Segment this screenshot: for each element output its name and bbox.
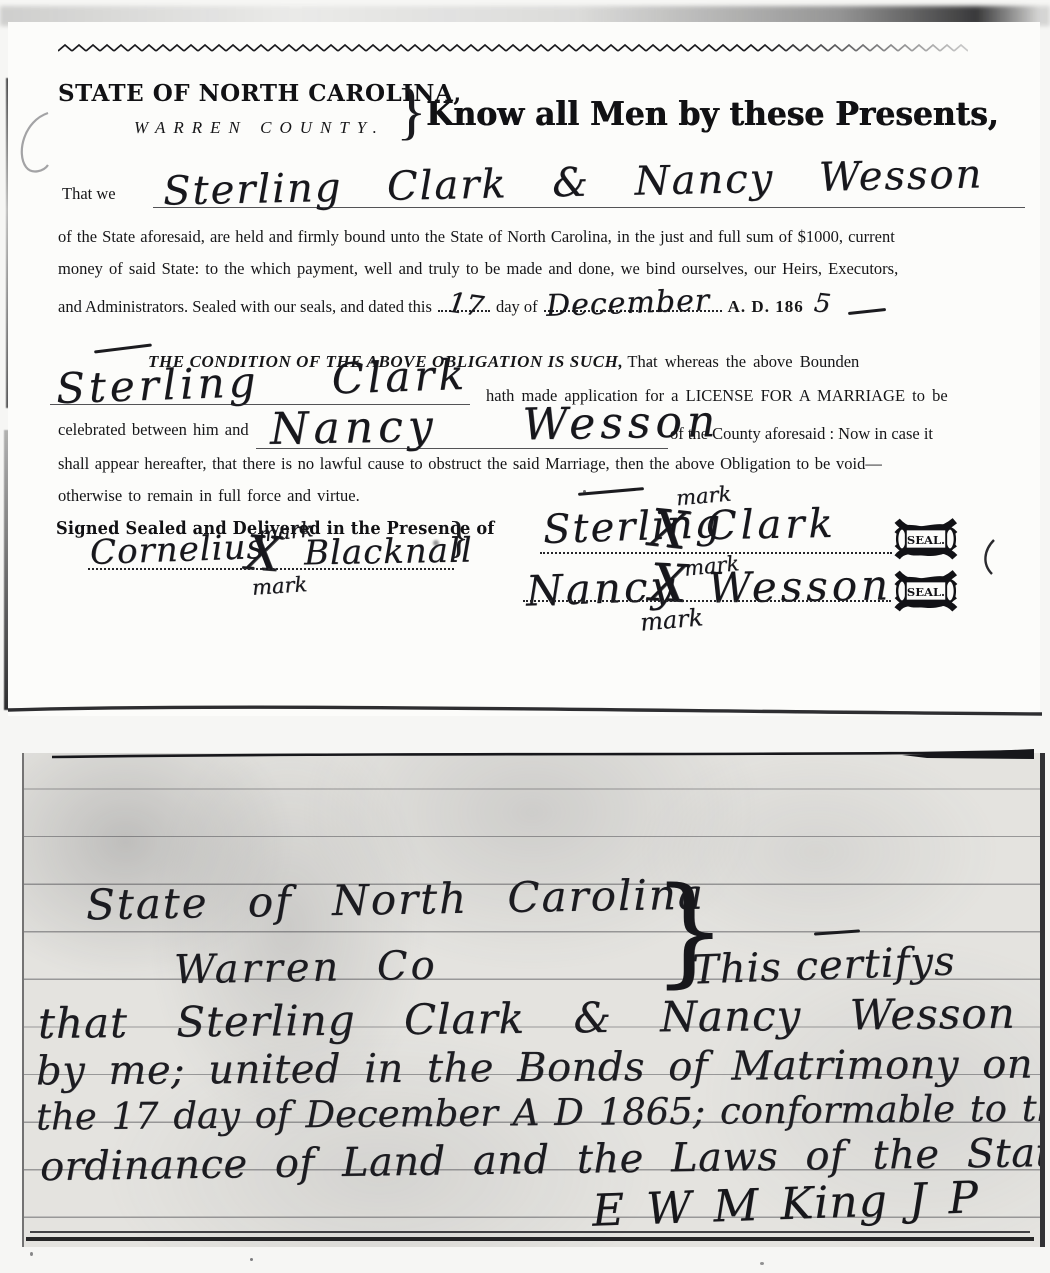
year-flourish bbox=[848, 308, 886, 314]
scanned-document-page: STATE OF NORTH CAROLINA, WARREN COUNTY. … bbox=[0, 0, 1050, 1273]
final-line: otherwise to remain in full force and vi… bbox=[58, 486, 360, 506]
ink-speck bbox=[583, 490, 586, 493]
day-handwritten: 17 bbox=[446, 286, 486, 324]
bond-body-line3: and Administrators. Sealed with our seal… bbox=[58, 289, 993, 319]
groom-sig-first: Sterling bbox=[542, 501, 723, 553]
witness-x-mark: X bbox=[244, 529, 281, 579]
month-blank: December bbox=[544, 310, 722, 312]
day-of-label: day of bbox=[496, 297, 538, 317]
bride-name-handwritten: Nancy Wesson bbox=[270, 396, 721, 455]
celebrated-suffix: of the County aforesaid : Now in case it bbox=[670, 424, 933, 444]
witness-first-name: Cornelius bbox=[89, 527, 265, 573]
seal-label: SEAL. bbox=[907, 585, 945, 599]
cert-body-line3: the 17 day of December A D 1865; conform… bbox=[36, 1086, 1045, 1138]
bride-mark-word-below: mark bbox=[639, 603, 704, 636]
day-blank: 17 bbox=[438, 310, 490, 312]
year-digit-handwritten: 5 bbox=[812, 288, 832, 320]
cert-certify: This certifys bbox=[691, 938, 956, 993]
cert-body-line2: by me; united in the Bonds of Matrimony … bbox=[36, 1042, 1033, 1095]
witness-mark-word-below: mark bbox=[251, 572, 308, 600]
groom-sig-last: Clark bbox=[706, 501, 837, 549]
seal-label: SEAL. bbox=[907, 533, 945, 547]
cert-top-edge bbox=[22, 746, 1038, 762]
stray-pen-mark bbox=[978, 538, 1000, 578]
header-brace: } bbox=[396, 74, 427, 148]
ink-speck bbox=[30, 1252, 33, 1256]
bride-dotted-line bbox=[523, 600, 891, 602]
cert-bottom-line-2 bbox=[26, 1237, 1034, 1241]
ink-speck bbox=[433, 540, 439, 546]
bride-sig-last: Wesson bbox=[708, 560, 893, 612]
year-printed: A. D. 186 bbox=[728, 297, 804, 317]
condition-lead-rest: That whereas the above Bounden bbox=[627, 352, 859, 371]
parties-underline bbox=[153, 207, 1025, 208]
ink-speck bbox=[648, 362, 651, 365]
month-handwritten: December bbox=[545, 283, 710, 324]
zigzag-fade bbox=[758, 38, 973, 58]
bond-bottom-edge bbox=[0, 698, 1050, 720]
county-heading: WARREN COUNTY. bbox=[134, 118, 385, 138]
pencil-squiggle bbox=[14, 107, 64, 187]
void-line: shall appear hereafter, that there is no… bbox=[58, 454, 882, 474]
groom-x-mark: X bbox=[647, 502, 689, 558]
certificate-paper: State of North Carolina } Warren Co This… bbox=[22, 753, 1045, 1247]
marriage-bond-paper: STATE OF NORTH CAROLINA, WARREN COUNTY. … bbox=[8, 22, 1040, 716]
dated-this-text: and Administrators. Sealed with our seal… bbox=[58, 297, 432, 317]
ink-speck bbox=[760, 1262, 764, 1265]
bond-body-line1: of the State aforesaid, are held and fir… bbox=[58, 227, 895, 247]
seal-stamp-bride: SEAL. bbox=[894, 566, 958, 616]
that-we-label: That we bbox=[62, 184, 116, 204]
cert-county-line: Warren Co bbox=[174, 943, 438, 994]
ink-speck bbox=[708, 522, 713, 527]
bride-x-mark: X bbox=[649, 557, 689, 611]
cert-bottom-line-1 bbox=[30, 1231, 1030, 1233]
bond-body-line2: money of said State: to the which paymen… bbox=[58, 259, 898, 279]
seal-stamp-groom: SEAL. bbox=[894, 514, 958, 564]
bride-name-underline bbox=[256, 448, 668, 449]
condition-flourish bbox=[94, 343, 152, 353]
witness-dotted-line bbox=[88, 568, 454, 570]
celebrated-prefix: celebrated between him and bbox=[58, 420, 249, 440]
parties-handwritten: Sterling Clark & Nancy Wesson bbox=[163, 151, 984, 214]
groom-sig-flourish bbox=[578, 487, 644, 496]
ink-speck bbox=[250, 1258, 253, 1261]
presents-heading: Know all Men by these Presents, bbox=[426, 94, 999, 133]
